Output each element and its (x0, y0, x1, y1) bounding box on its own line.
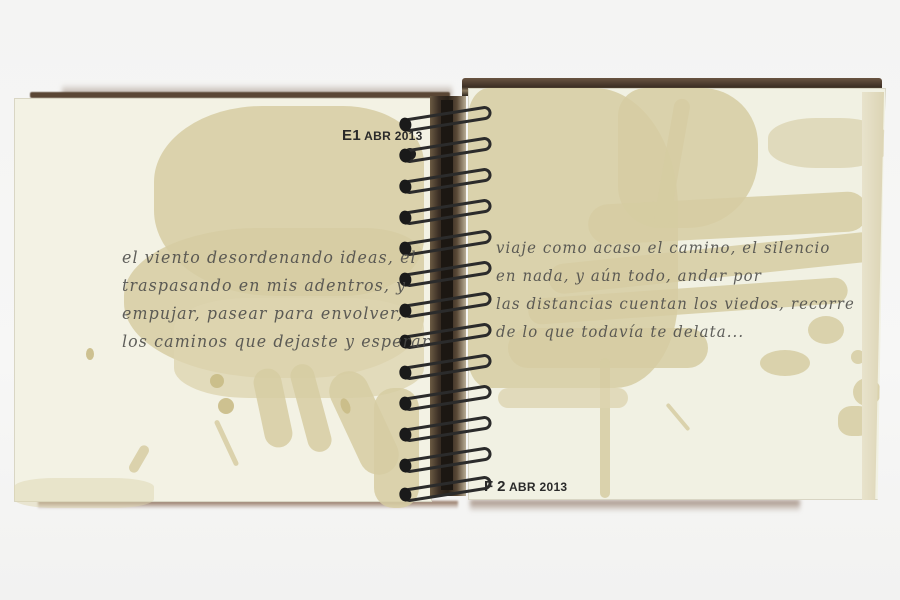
stain-drop (218, 398, 234, 414)
handwriting-line: viaje como acaso el camino, el silencio (496, 234, 855, 262)
stain-drip (600, 358, 610, 498)
stamp-day: 1 (352, 127, 361, 144)
stamp-month: ABR (364, 129, 391, 143)
handwriting-line: los caminos que dejaste y esperar (122, 328, 430, 356)
stain-drop (210, 374, 224, 388)
handwritten-text-left: el viento desordenando ideas, el traspas… (122, 244, 430, 356)
stamp-year: 2013 (540, 480, 568, 494)
stain-splash (666, 403, 691, 432)
handwriting-line: las distancias cuentan los viedos, recor… (496, 290, 855, 318)
stain-splash (214, 419, 240, 466)
stamp-month: ABR (509, 480, 536, 494)
stamp-letter: F (484, 478, 493, 495)
stain-streak (498, 388, 628, 408)
stamp-day: 2 (497, 478, 506, 495)
stain-drop (127, 444, 151, 475)
stamp-letter: E (342, 127, 352, 144)
stain-blot (760, 350, 810, 376)
handwriting-line: traspasando en mis adentros, y (122, 272, 430, 300)
handwriting-line: en nada, y aún todo, andar por (496, 262, 855, 290)
handwriting-line: el viento desordenando ideas, el (122, 244, 430, 272)
handwriting-line: empujar, pasear para envolver, (122, 300, 430, 328)
handwriting-line: de lo que todavía te delata... (496, 318, 855, 346)
cast-shadow-right (470, 500, 800, 512)
handwritten-text-right: viaje como acaso el camino, el silencio … (496, 234, 855, 346)
coffee-stain (14, 478, 154, 508)
notebook-photo: E1 ABR 2013 F 2 ABR 2013 el viento desor… (0, 0, 900, 600)
date-stamp-left: E1 ABR 2013 (342, 127, 423, 144)
stain-drop (86, 348, 94, 360)
date-stamp-right: F 2 ABR 2013 (484, 478, 567, 495)
stamp-year: 2013 (395, 129, 423, 143)
